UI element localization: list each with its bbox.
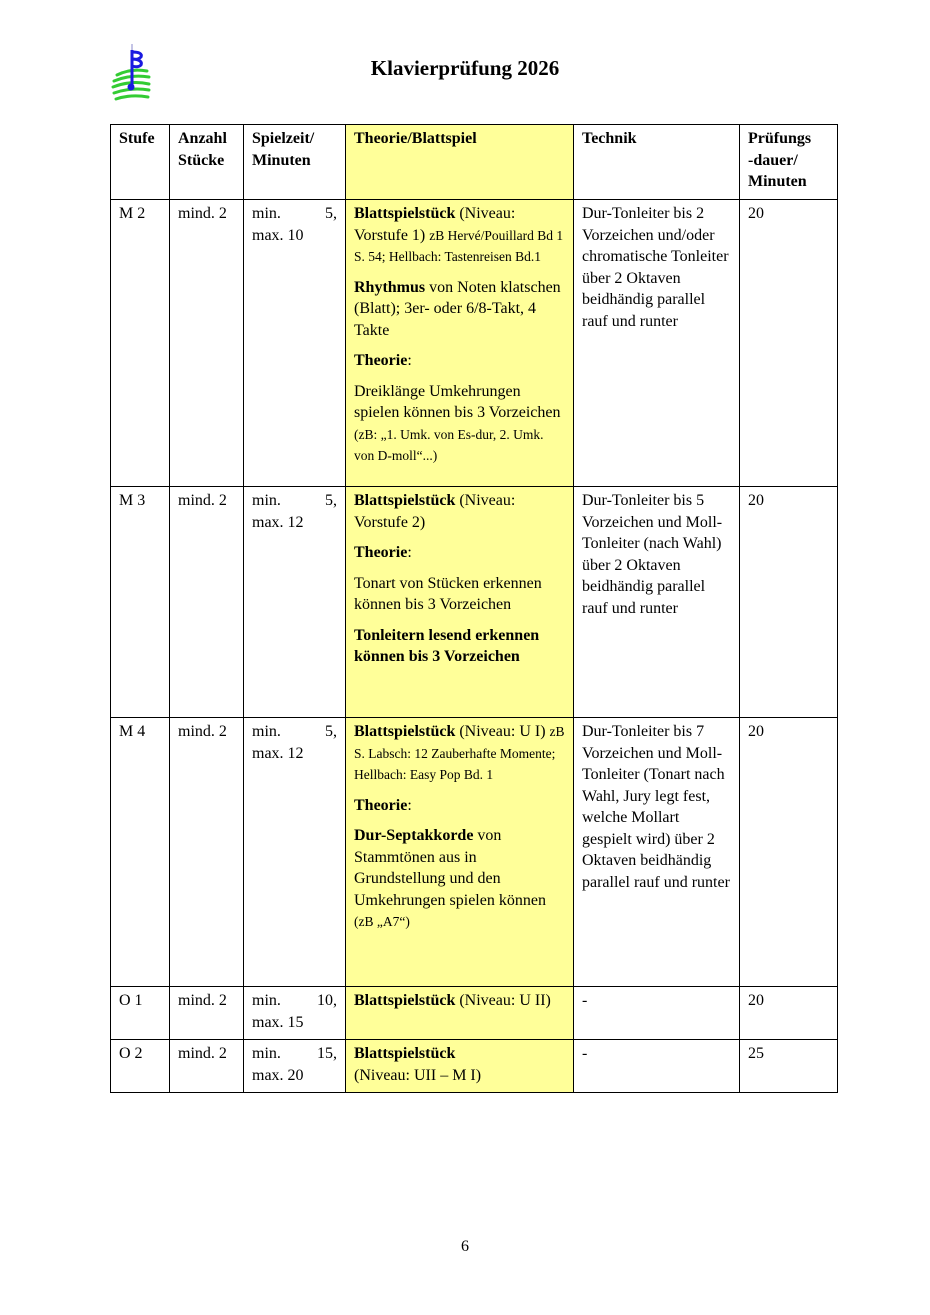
spielzeit-min: min.5, xyxy=(252,721,337,743)
spielzeit-min-label: min. xyxy=(252,1043,281,1065)
cell-spielzeit: min.10, max. 15 xyxy=(244,987,346,1040)
theorie-detail: Tonart von Stücken erkennen können bis 3… xyxy=(354,573,565,616)
column-header-spielzeit-line2: Minuten xyxy=(252,152,311,169)
spielzeit-max: max. 12 xyxy=(252,743,337,765)
column-header-spielzeit-line1: Spielzeit/ xyxy=(252,130,314,147)
cell-technik: Dur-Tonleiter bis 7 Vorzeichen und Moll-… xyxy=(574,718,740,987)
cell-stufe: M 3 xyxy=(111,487,170,718)
tonleitern-block: Tonleitern lesend erkennen können bis 3 … xyxy=(354,625,565,668)
spielzeit-min-value: 15, xyxy=(317,1043,337,1065)
spielzeit-min-value: 10, xyxy=(317,990,337,1012)
spielzeit-min: min.5, xyxy=(252,490,337,512)
tonleitern-text: Tonleitern lesend erkennen können bis 3 … xyxy=(354,627,539,666)
column-header-technik: Technik xyxy=(574,125,740,200)
page-title: Klavierprüfung 2026 xyxy=(0,56,930,81)
column-header-stufe: Stufe xyxy=(111,125,170,200)
column-header-anzahl-line1: Anzahl xyxy=(178,130,227,147)
theorie-detail: Dur-Septakkorde von Stammtönen aus in Gr… xyxy=(354,825,565,933)
blattspiel-text: (Niveau: UII – M I) xyxy=(354,1067,481,1084)
theorie-detail-example: (zB: „1. Umk. von Es-dur, 2. Umk. von D-… xyxy=(354,427,544,464)
exam-requirements-table: Stufe Anzahl Stücke Spielzeit/ Minuten T… xyxy=(110,124,838,1093)
blattspiel-block: Blattspielstück (Niveau: Vorstufe 2) xyxy=(354,490,565,533)
theorie-detail-bold: Dur-Septakkorde xyxy=(354,827,473,844)
table-header-row: Stufe Anzahl Stücke Spielzeit/ Minuten T… xyxy=(111,125,838,200)
theorie-colon: : xyxy=(407,797,411,814)
cell-stufe: M 4 xyxy=(111,718,170,987)
cell-dauer: 20 xyxy=(740,718,838,987)
theorie-label: Theorie xyxy=(354,797,407,814)
column-header-anzahl: Anzahl Stücke xyxy=(170,125,244,200)
cell-spielzeit: min.5, max. 12 xyxy=(244,718,346,987)
page-number: 6 xyxy=(0,1238,930,1256)
cell-technik: - xyxy=(574,987,740,1040)
spielzeit-max: max. 10 xyxy=(252,225,337,247)
column-header-dauer-line3: Minuten xyxy=(748,173,807,190)
theorie-colon: : xyxy=(407,544,411,561)
cell-theorie: Blattspielstück (Niveau: U II) xyxy=(346,987,574,1040)
spielzeit-min-label: min. xyxy=(252,721,281,743)
spielzeit-min-value: 5, xyxy=(325,721,337,743)
spielzeit-max: max. 20 xyxy=(252,1065,337,1087)
cell-stufe: O 2 xyxy=(111,1040,170,1093)
theorie-detail-example: (zB „A7“) xyxy=(354,914,410,929)
column-header-dauer-line1: Prüfungs xyxy=(748,130,811,147)
theorie-heading: Theorie: xyxy=(354,795,565,817)
cell-technik: - xyxy=(574,1040,740,1093)
spielzeit-min: min.5, xyxy=(252,203,337,225)
column-header-anzahl-line2: Stücke xyxy=(178,152,224,169)
cell-anzahl: mind. 2 xyxy=(170,487,244,718)
blattspiel-label: Blattspielstück xyxy=(354,205,455,222)
cell-theorie: Blattspielstück (Niveau: U I) zB S. Labs… xyxy=(346,718,574,987)
theorie-detail: Dreiklänge Umkehrungen spielen können bi… xyxy=(354,381,565,467)
theorie-label: Theorie xyxy=(354,352,407,369)
cell-theorie: Blattspielstück (Niveau: UII – M I) xyxy=(346,1040,574,1093)
cell-dauer: 20 xyxy=(740,487,838,718)
spielzeit-min-label: min. xyxy=(252,490,281,512)
theorie-heading: Theorie: xyxy=(354,542,565,564)
blattspiel-label: Blattspielstück xyxy=(354,492,455,509)
spielzeit-min: min.10, xyxy=(252,990,337,1012)
cell-spielzeit: min.5, max. 10 xyxy=(244,200,346,487)
blattspiel-label: Blattspielstück xyxy=(354,1045,455,1062)
blattspiel-label: Blattspielstück xyxy=(354,992,455,1009)
table-row: M 2 mind. 2 min.5, max. 10 Blattspielstü… xyxy=(111,200,838,487)
cell-anzahl: mind. 2 xyxy=(170,1040,244,1093)
cell-technik: Dur-Tonleiter bis 2 Vorzeichen und/oder … xyxy=(574,200,740,487)
theorie-heading: Theorie: xyxy=(354,350,565,372)
table-row: M 3 mind. 2 min.5, max. 12 Blattspielstü… xyxy=(111,487,838,718)
cell-technik: Dur-Tonleiter bis 5 Vorzeichen und Moll-… xyxy=(574,487,740,718)
blattspiel-text: (Niveau: U I) xyxy=(455,723,549,740)
cell-dauer: 25 xyxy=(740,1040,838,1093)
cell-stufe: O 1 xyxy=(111,987,170,1040)
table-row: M 4 mind. 2 min.5, max. 12 Blattspielstü… xyxy=(111,718,838,987)
blattspiel-block: Blattspielstück (Niveau: Vorstufe 1) zB … xyxy=(354,203,565,268)
blattspiel-text: (Niveau: U II) xyxy=(455,992,551,1009)
blattspiel-block: Blattspielstück (Niveau: U I) zB S. Labs… xyxy=(354,721,565,786)
theorie-colon: : xyxy=(407,352,411,369)
page-title-text: Klavierprüfung 2026 xyxy=(371,56,559,80)
column-header-spielzeit: Spielzeit/ Minuten xyxy=(244,125,346,200)
cell-theorie: Blattspielstück (Niveau: Vorstufe 1) zB … xyxy=(346,200,574,487)
rhythmus-block: Rhythmus von Noten klatschen (Blatt); 3e… xyxy=(354,277,565,342)
table-row: O 1 mind. 2 min.10, max. 15 Blattspielst… xyxy=(111,987,838,1040)
blattspiel-label: Blattspielstück xyxy=(354,723,455,740)
cell-spielzeit: min.5, max. 12 xyxy=(244,487,346,718)
cell-dauer: 20 xyxy=(740,987,838,1040)
spielzeit-max: max. 12 xyxy=(252,512,337,534)
cell-theorie: Blattspielstück (Niveau: Vorstufe 2) The… xyxy=(346,487,574,718)
theorie-detail-text: Dreiklänge Umkehrungen spielen können bi… xyxy=(354,383,560,422)
column-header-dauer: Prüfungs -dauer/ Minuten xyxy=(740,125,838,200)
spielzeit-min-label: min. xyxy=(252,990,281,1012)
table-row: O 2 mind. 2 min.15, max. 20 Blattspielst… xyxy=(111,1040,838,1093)
cell-anzahl: mind. 2 xyxy=(170,718,244,987)
spielzeit-min-value: 5, xyxy=(325,490,337,512)
cell-anzahl: mind. 2 xyxy=(170,200,244,487)
cell-anzahl: mind. 2 xyxy=(170,987,244,1040)
cell-dauer: 20 xyxy=(740,200,838,487)
rhythmus-label: Rhythmus xyxy=(354,279,425,296)
spielzeit-min-value: 5, xyxy=(325,203,337,225)
spielzeit-min-label: min. xyxy=(252,203,281,225)
spielzeit-min: min.15, xyxy=(252,1043,337,1065)
column-header-dauer-line2: -dauer/ xyxy=(748,152,798,169)
cell-stufe: M 2 xyxy=(111,200,170,487)
spielzeit-max: max. 15 xyxy=(252,1012,337,1034)
cell-spielzeit: min.15, max. 20 xyxy=(244,1040,346,1093)
theorie-label: Theorie xyxy=(354,544,407,561)
column-header-theorie: Theorie/Blattspiel xyxy=(346,125,574,200)
